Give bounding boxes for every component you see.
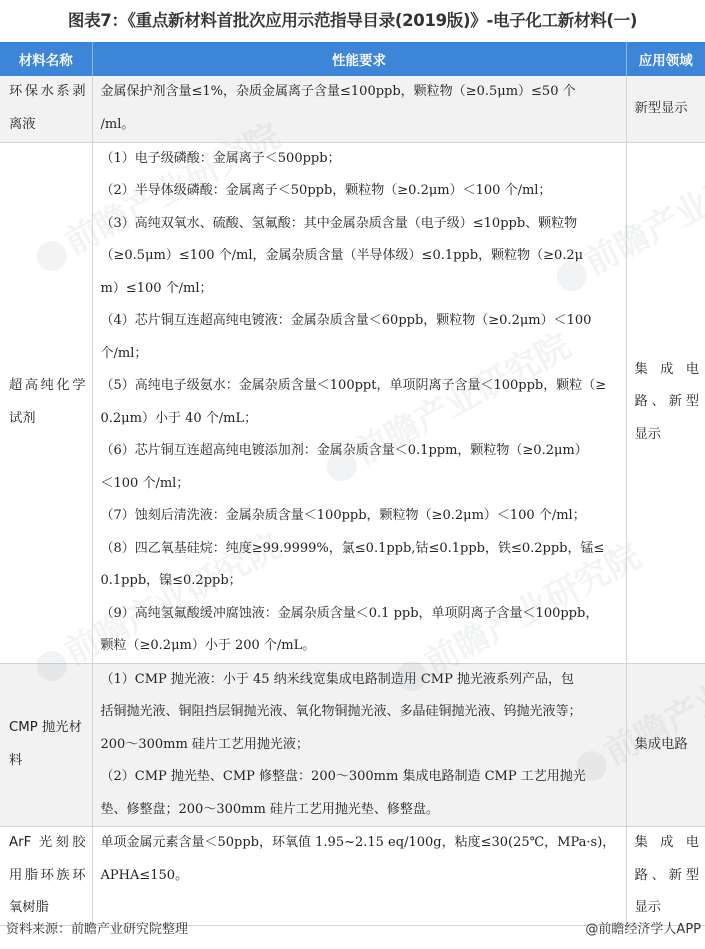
requirement-line: 0.1ppb，镍≤0.2ppb；: [101, 565, 620, 598]
material-name-cell: CMP 抛光材 料: [0, 663, 92, 827]
material-name-line: 超高纯化学: [9, 370, 86, 403]
requirement-cell: 金属保护剂含量≤1%，杂质金属离子含量≤100ppb，颗粒物（≥0.5μm）≤5…: [92, 76, 626, 142]
requirement-line: 200～300mm 硅片工艺用抛光液；: [101, 729, 620, 762]
application-cell: 集 成 电 路、新型 显示: [626, 827, 705, 926]
material-name-line: CMP 抛光材: [9, 712, 86, 745]
requirement-line: （1）电子级磷酸：金属离子＜500ppb；: [101, 143, 620, 176]
requirement-line: （9）高纯氢氟酸缓冲腐蚀液：金属杂质含量＜0.1 ppb，单项阴离子含量＜100…: [101, 598, 620, 631]
requirement-line: m）≤100 个/ml；: [101, 273, 620, 306]
requirement-line: ＜100 个/ml；: [101, 468, 620, 501]
footer: 资料来源：前瞻产业研究院整理 @前瞻经济学人APP: [0, 912, 705, 942]
material-name-line: 用脂环族环: [9, 860, 86, 893]
figure-title: 图表7：《重点新材料首批次应用示范指导目录(2019版)》-电子化工新材料(一): [0, 7, 705, 31]
requirement-line: （1）CMP 抛光液：小于 45 纳米线宽集成电路制造用 CMP 抛光液系列产品…: [101, 664, 620, 697]
table-row: CMP 抛光材 料 （1）CMP 抛光液：小于 45 纳米线宽集成电路制造用 C…: [0, 663, 705, 827]
application-line: 路、新型: [635, 860, 700, 893]
material-name-line: 离液: [9, 109, 86, 142]
material-name-line: ArF 光刻胶: [9, 827, 86, 860]
requirement-line: （8）四乙氧基硅烷：纯度≥99.9999%，氯≤0.1ppb,钴≤0.1ppb，…: [101, 533, 620, 566]
requirement-line: 0.2μm）小于 40 个/mL；: [101, 403, 620, 436]
table-row: ArF 光刻胶 用脂环族环 氧树脂 单项金属元素含量＜50ppb，环氧值 1.9…: [0, 827, 705, 926]
application-line: 集 成 电: [635, 827, 700, 860]
application-cell: 集 成 电 路、新型 显示: [626, 142, 705, 663]
material-name-cell: ArF 光刻胶 用脂环族环 氧树脂: [0, 827, 92, 926]
requirement-line: 个/ml；: [101, 338, 620, 371]
application-line: 集 成 电: [635, 354, 700, 387]
material-name-cell: 环保水系剥 离液: [0, 76, 92, 142]
source-note: 资料来源：前瞻产业研究院整理: [6, 918, 188, 937]
requirement-line: 金属保护剂含量≤1%，杂质金属离子含量≤100ppb，颗粒物（≥0.5μm）≤5…: [101, 76, 620, 109]
material-name-line: 料: [9, 745, 86, 778]
application-line: 新型显示: [635, 93, 700, 126]
application-line: 路、新型: [635, 386, 700, 419]
requirement-cell: （1）电子级磷酸：金属离子＜500ppb； （2）半导体级磷酸：金属离子＜50p…: [92, 142, 626, 663]
column-header-material-name: 材料名称: [0, 42, 92, 76]
requirement-line: （7）蚀刻后清洗液：金属杂质含量＜100ppb，颗粒物（≥0.2μm）＜100 …: [101, 500, 620, 533]
requirement-line: （≥0.5μm）≤100 个/ml，金属杂质含量（半导体级）≤0.1ppb，颗粒…: [101, 240, 620, 273]
requirement-line: 括铜抛光液、铜阻挡层铜抛光液、氧化物铜抛光液、多晶硅铜抛光液、钨抛光液等；: [101, 696, 620, 729]
requirement-line: 颗粒（≥0.2μm）小于 200 个/mL。: [101, 630, 620, 663]
requirement-line: （4）芯片铜互连超高纯电镀液：金属杂质含量＜60ppb，颗粒物（≥0.2μm）＜…: [101, 305, 620, 338]
application-cell: 新型显示: [626, 76, 705, 142]
requirement-line: 单项金属元素含量＜50ppb，环氧值 1.95~2.15 eq/100g，粘度≤…: [101, 827, 620, 860]
requirement-line: APHA≤150。: [101, 860, 620, 893]
requirement-line: /ml。: [101, 109, 620, 142]
brand-credit: @前瞻经济学人APP: [585, 918, 701, 937]
requirement-line: （2）CMP 抛光垫、CMP 修整盘：200～300mm 集成电路制造 CMP …: [101, 761, 620, 794]
material-name-line: 试剂: [9, 403, 86, 436]
application-cell: 集成电路: [626, 663, 705, 827]
requirement-cell: 单项金属元素含量＜50ppb，环氧值 1.95~2.15 eq/100g，粘度≤…: [92, 827, 626, 926]
requirement-line: （6）芯片铜互连超高纯电镀添加剂：金属杂质含量＜0.1ppm，颗粒物（≥0.2μ…: [101, 435, 620, 468]
requirement-cell: （1）CMP 抛光液：小于 45 纳米线宽集成电路制造用 CMP 抛光液系列产品…: [92, 663, 626, 827]
requirement-line: 垫、修整盘；200～300mm 硅片工艺用抛光垫、修整盘。: [101, 794, 620, 827]
requirement-line: （3）高纯双氧水、硫酸、氢氟酸：其中金属杂质含量（电子级）≤10ppb、颗粒物: [101, 208, 620, 241]
material-name-line: 环保水系剥: [9, 76, 86, 109]
application-line: 显示: [635, 419, 700, 452]
column-header-performance-requirements: 性能要求: [92, 42, 626, 76]
column-header-application-field: 应用领域: [626, 42, 705, 76]
requirement-line: （2）半导体级磷酸：金属离子＜50ppb，颗粒物（≥0.2μm）＜100 个/m…: [101, 175, 620, 208]
application-line: 集成电路: [635, 729, 700, 762]
table-header-row: 材料名称 性能要求 应用领域: [0, 42, 705, 76]
table-row: 超高纯化学 试剂 （1）电子级磷酸：金属离子＜500ppb； （2）半导体级磷酸…: [0, 142, 705, 663]
materials-table: 材料名称 性能要求 应用领域 环保水系剥 离液 金属保护剂含量≤1%，杂质金属离…: [0, 42, 705, 926]
requirement-line: （5）高纯电子级氨水：金属杂质含量＜100ppt，单项阴离子含量＜100ppb，…: [101, 370, 620, 403]
table-row: 环保水系剥 离液 金属保护剂含量≤1%，杂质金属离子含量≤100ppb，颗粒物（…: [0, 76, 705, 142]
material-name-cell: 超高纯化学 试剂: [0, 142, 92, 663]
